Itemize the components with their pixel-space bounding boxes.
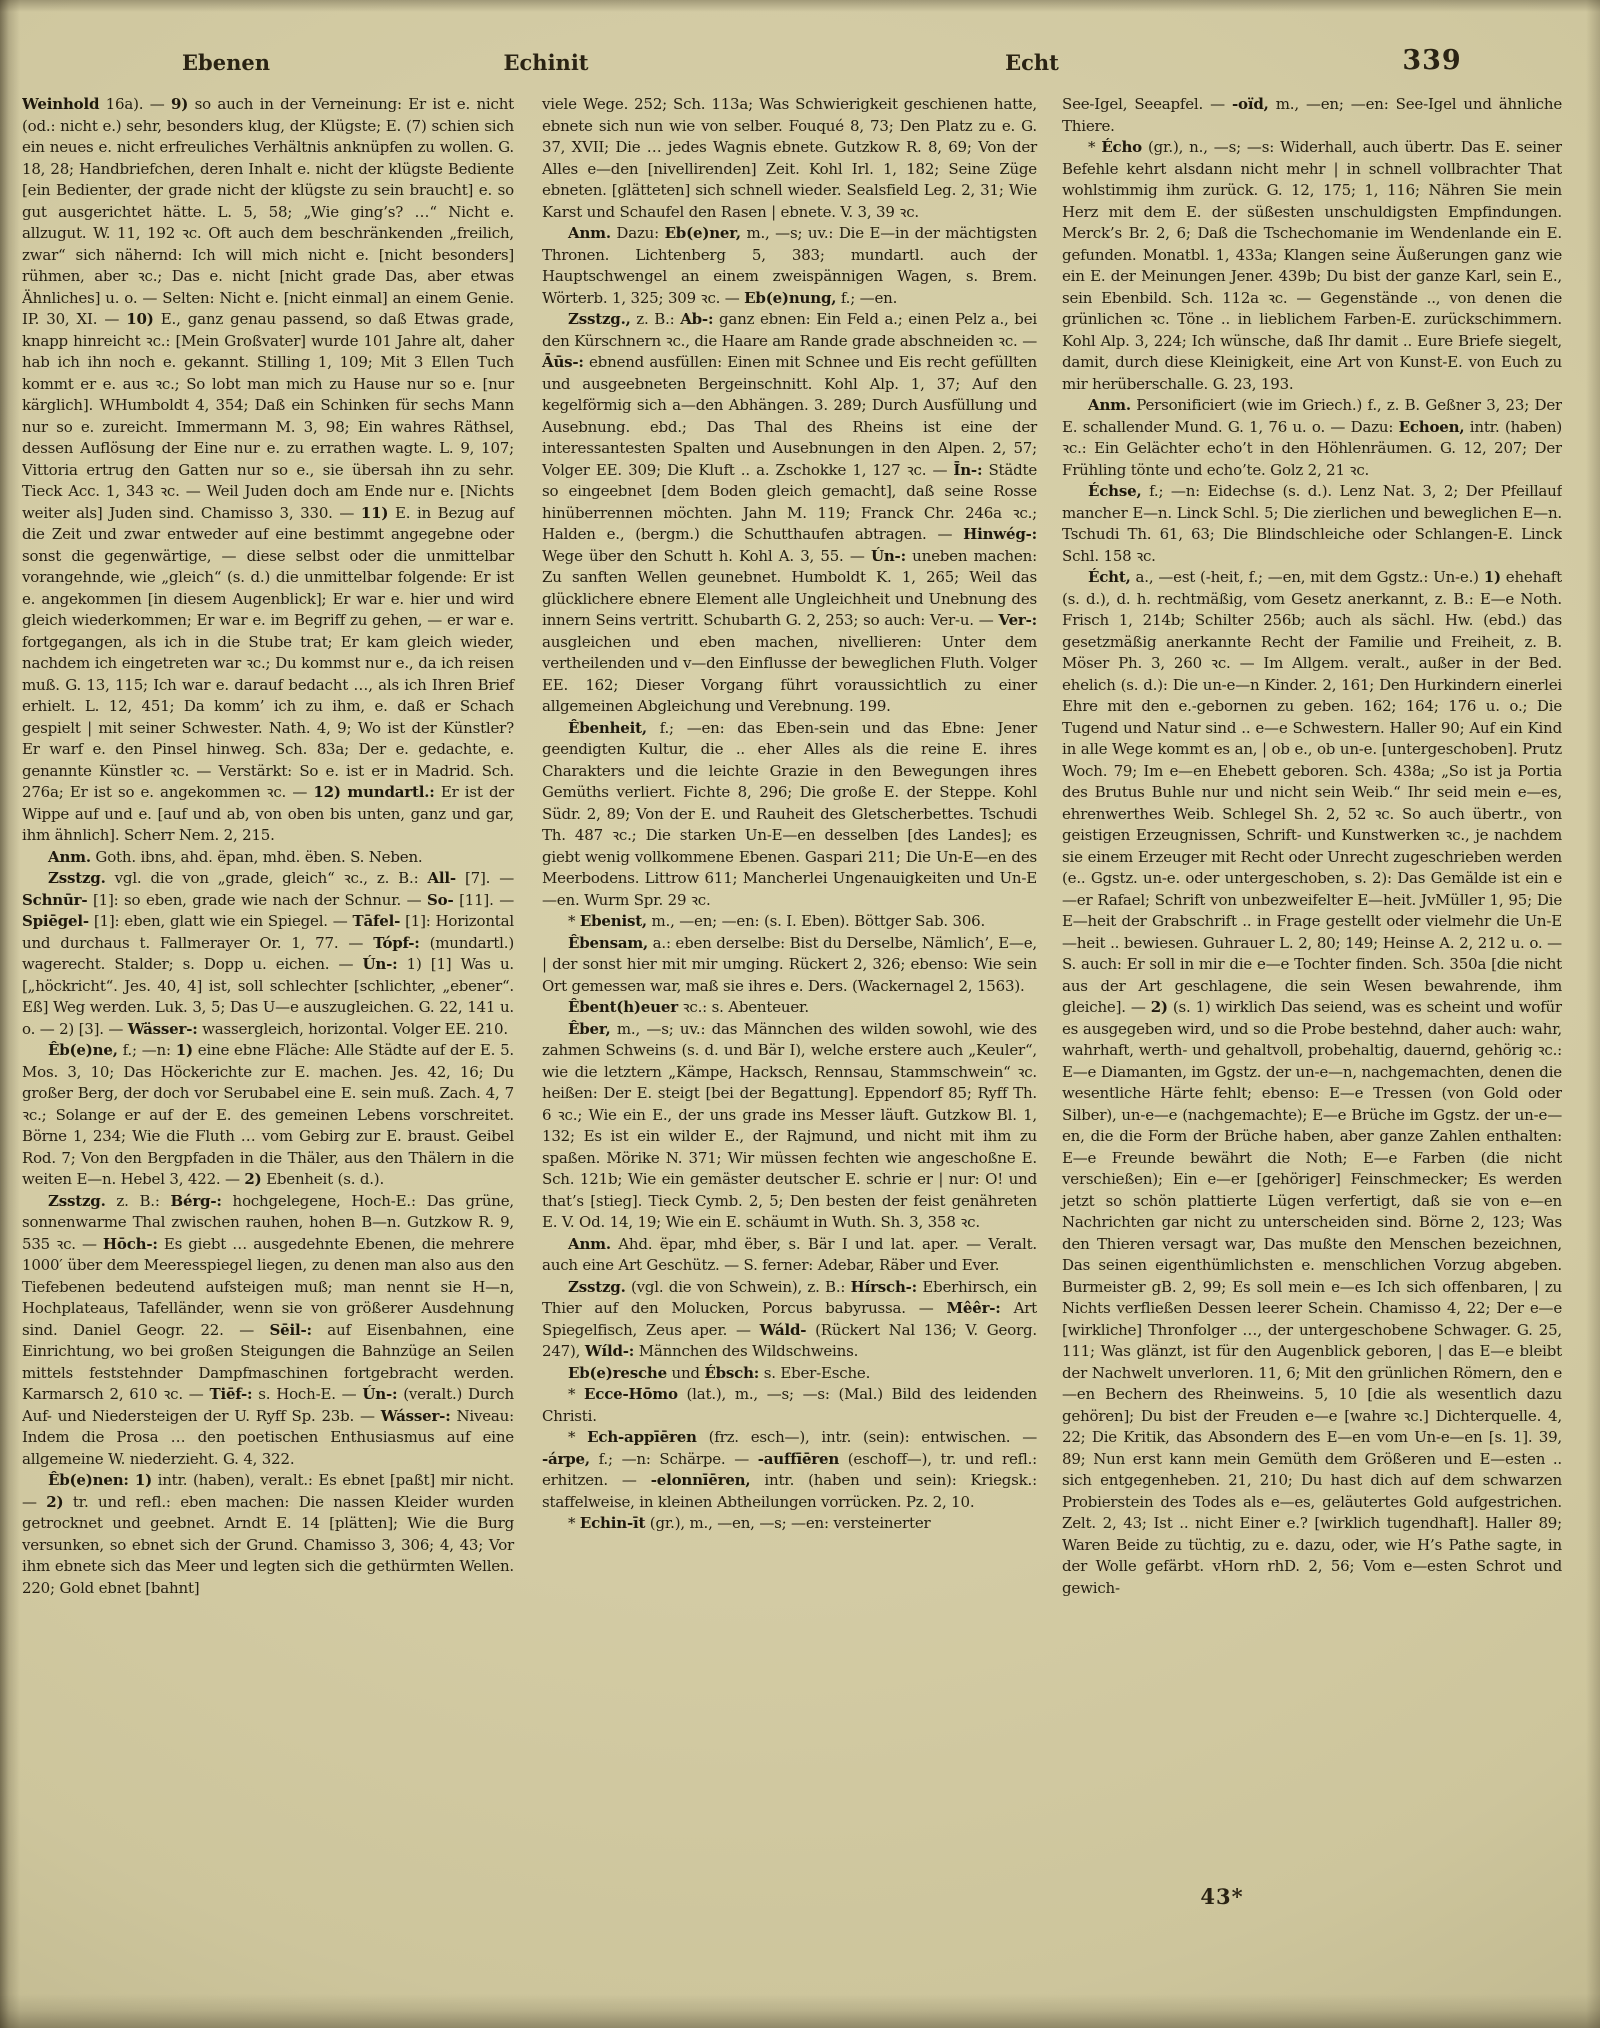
paragraph: Êbent(h)euer ꝛc.: s. Abenteuer.: [542, 997, 1037, 1019]
signature-mark: 43*: [1200, 1884, 1243, 1909]
header-keyword-right: Echt: [1005, 50, 1059, 75]
page-scan: Ebenen Echinit Echt 339 Weinhold 16a). —…: [0, 0, 1600, 2028]
paragraph: Êb(e)nen: 1) intr. (haben), veralt.: Es …: [22, 1470, 514, 1599]
paragraph: Anm. Dazu: Eb(e)ner, m., —s; uv.: Die E—…: [542, 223, 1037, 309]
paragraph: Êbenheit, f.; —en: das Eben-sein und das…: [542, 718, 1037, 912]
paragraph: Zsstzg. (vgl. die von Schwein), z. B.: H…: [542, 1277, 1037, 1363]
column-1: Weinhold 16a). — 9) so auch in der Verne…: [22, 94, 514, 1886]
paragraph: * Ecce-Hōmo (lat.), m., —s; —s: (Mal.) B…: [542, 1384, 1037, 1427]
paragraph: Zsstzg. vgl. die von „grade, gleich“ ꝛc.…: [22, 868, 514, 1040]
paragraph: Êber, m., —s; uv.: das Männchen des wild…: [542, 1019, 1037, 1234]
paragraph: * Écho (gr.), n., —s; —s: Widerhall, auc…: [1062, 137, 1562, 395]
paragraph: Anm. Personificiert (wie im Griech.) f.,…: [1062, 395, 1562, 481]
paragraph: Zsstzg. z. B.: Bérg-: hochgelegene, Hoch…: [22, 1191, 514, 1471]
paragraph: Eb(e)resche und Ébsch: s. Eber-Esche.: [542, 1363, 1037, 1385]
header-keyword-center: Echinit: [504, 50, 589, 75]
paragraph: * Ebenist, m., —en; —en: (s. I. Eben). B…: [542, 911, 1037, 933]
paragraph: Weinhold 16a). — 9) so auch in der Verne…: [22, 94, 514, 847]
paragraph: Zsstzg., z. B.: Ab-: ganz ebnen: Ein Fel…: [542, 309, 1037, 718]
paragraph: Anm. Goth. ibns, ahd. ëpan, mhd. ëben. S…: [22, 847, 514, 869]
text-columns: Weinhold 16a). — 9) so auch in der Verne…: [22, 94, 1562, 1886]
column-2: viele Wege. 252; Sch. 113a; Was Schwieri…: [542, 94, 1037, 1886]
paragraph: Êbensam, a.: eben derselbe: Bist du Ders…: [542, 933, 1037, 998]
paragraph: Anm. Ahd. ëpar, mhd ëber, s. Bär I und l…: [542, 1234, 1037, 1277]
header-keyword-left: Ebenen: [182, 50, 270, 75]
column-3: See-Igel, Seeapfel. — -oïd, m., —en; —en…: [1062, 94, 1562, 1886]
paragraph: Êb(e)ne, f.; —n: 1) eine ebne Fläche: Al…: [22, 1040, 514, 1191]
paragraph: viele Wege. 252; Sch. 113a; Was Schwieri…: [542, 94, 1037, 223]
paragraph: * Ech-appīēren (frz. esch—), intr. (sein…: [542, 1427, 1037, 1513]
running-header: Ebenen Echinit Echt 339: [0, 50, 1600, 90]
paragraph: Écht, a., —est (-heit, f.; —en, mit dem …: [1062, 567, 1562, 1599]
paragraph: Échse, f.; —n: Eidechse (s. d.). Lenz Na…: [1062, 481, 1562, 567]
page-number: 339: [1402, 45, 1461, 76]
paragraph: * Echin-īt (gr.), m., —en, —s; —en: vers…: [542, 1513, 1037, 1535]
paragraph: See-Igel, Seeapfel. — -oïd, m., —en; —en…: [1062, 94, 1562, 137]
